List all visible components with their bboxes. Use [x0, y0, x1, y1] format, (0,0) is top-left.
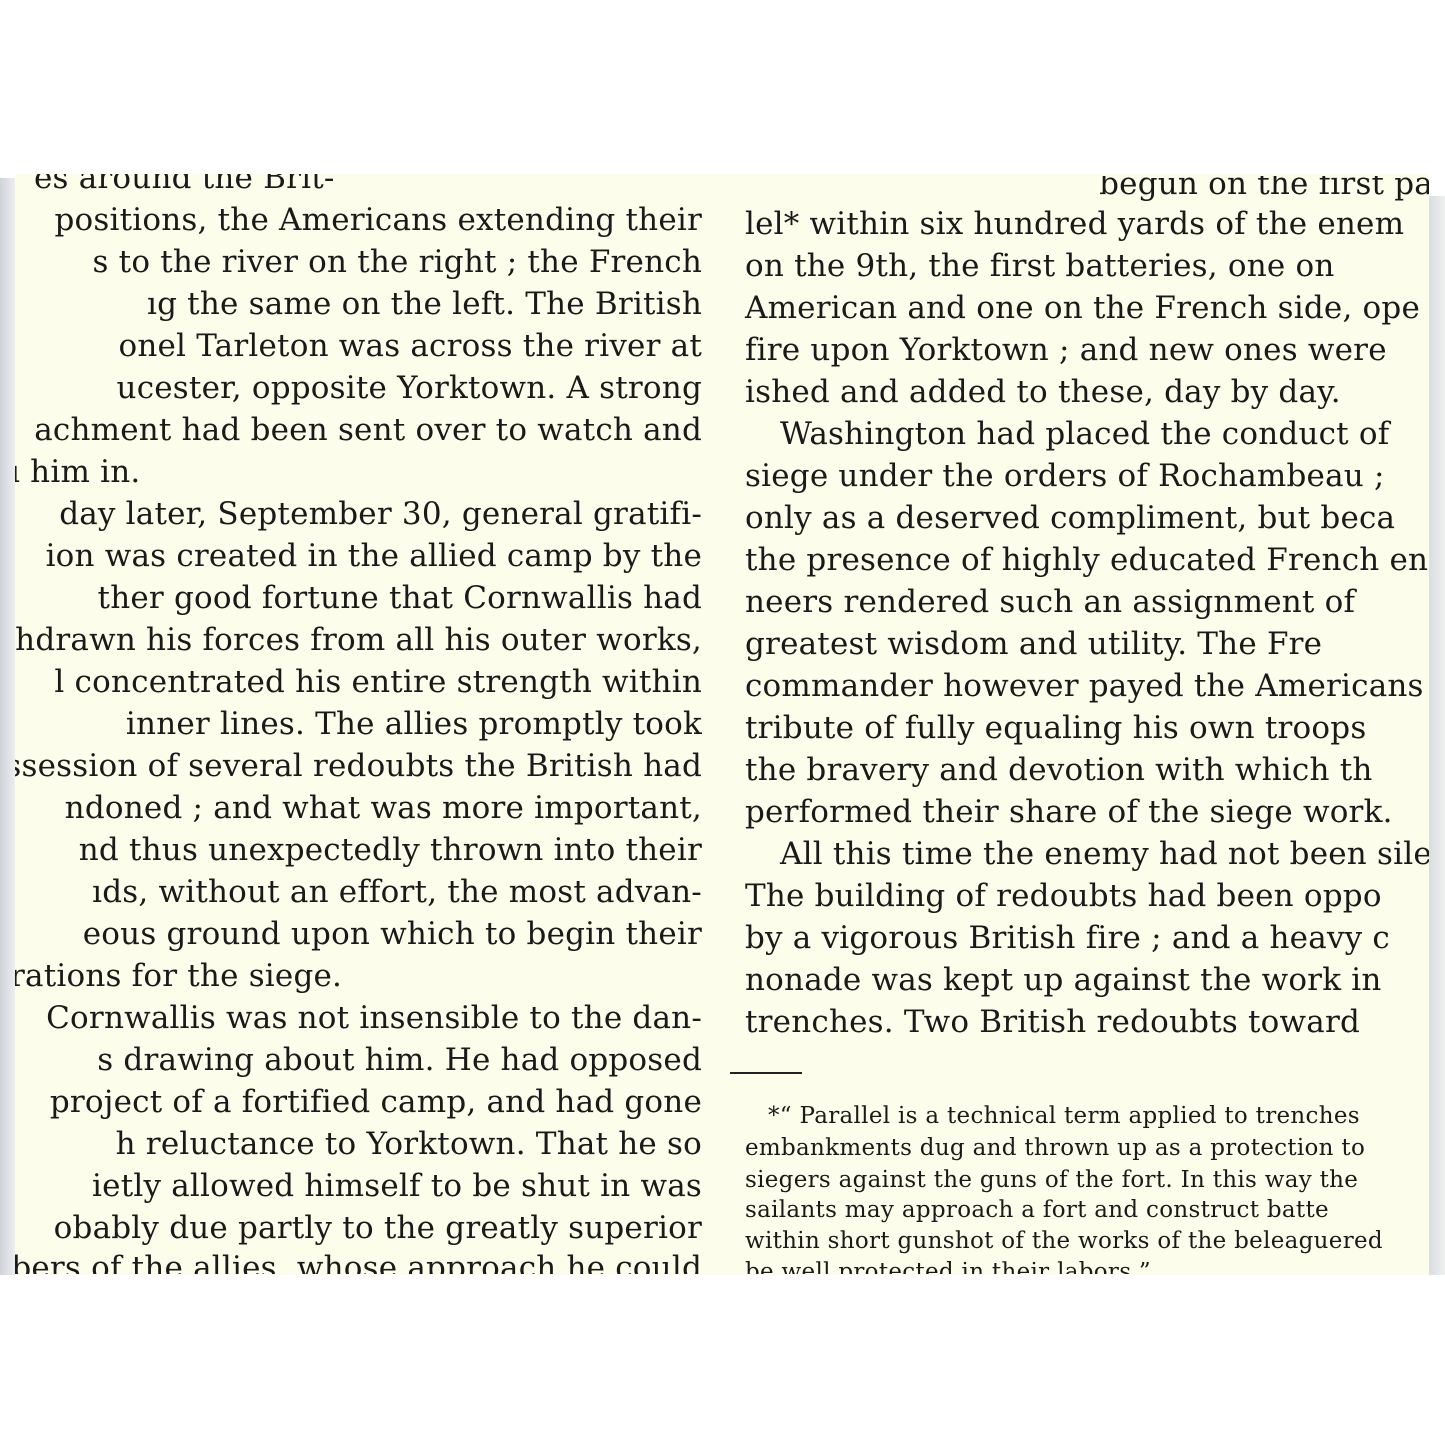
text-line: siege under the orders of Rochambeau ; — [745, 458, 1385, 494]
text-line: begun on the first pa — [1099, 174, 1429, 202]
text-line: ished and added to these, day by day. — [745, 374, 1341, 410]
text-line: the bravery and devotion with which th — [745, 752, 1373, 788]
text-line: only as a deserved compliment, but beca — [745, 500, 1395, 536]
text-line: greatest wisdom and utility. The Fre — [745, 626, 1322, 662]
text-line: ıg the same on the left. The British — [147, 286, 702, 322]
text-line: ucester, opposite Yorktown. A strong — [117, 370, 702, 406]
text-line: ıds, without an effort, the most advan- — [92, 874, 702, 910]
text-line: Washington had placed the conduct of — [780, 416, 1389, 452]
text-line: ı him in. — [15, 454, 140, 490]
text-line: mbers of the allies, whose approach he c… — [15, 1250, 702, 1275]
text-line: ssession of several redoubts the British… — [15, 748, 702, 784]
footnote-line: be well protected in their labors.” — [745, 1258, 1151, 1275]
text-line: onel Tarleton was across the river at — [118, 328, 702, 364]
scanned-page: es around the Brit- positions, the Ameri… — [15, 174, 1429, 1275]
page-edge-shadow-right — [1428, 196, 1445, 1275]
text-line: on the 9th, the first batteries, one on — [745, 248, 1335, 284]
text-line: trenches. Two British redoubts toward — [745, 1004, 1360, 1040]
text-line: inner lines. The allies promptly took — [126, 706, 702, 742]
text-line: l concentrated his entire strength withi… — [54, 664, 702, 700]
left-text-column: es around the Brit- positions, the Ameri… — [15, 174, 719, 1275]
text-line: nd thus unexpectedly thrown into their — [79, 832, 702, 868]
text-line: All this time the enemy had not been sil… — [780, 836, 1429, 872]
text-line: performed their share of the siege work. — [745, 794, 1393, 830]
text-line: hdrawn his forces from all his outer wor… — [15, 622, 702, 658]
page-edge-shadow-left — [0, 178, 16, 1275]
text-line: American and one on the French side, ope — [745, 290, 1420, 326]
footnote-line: within short gunshot of the works of the… — [745, 1227, 1383, 1255]
footnote-line: *“ Parallel is a technical term applied … — [768, 1102, 1360, 1130]
text-line: project of a fortified camp, and had gon… — [50, 1084, 702, 1120]
text-line: positions, the Americans extending their — [54, 202, 702, 238]
footnote-separator-rule — [730, 1072, 802, 1074]
text-line: eous ground upon which to begin their — [83, 916, 702, 952]
text-line: es around the Brit- — [34, 174, 335, 196]
footnote-line: siegers against the guns of the fort. In… — [745, 1166, 1358, 1194]
text-line: The building of redoubts had been oppo — [745, 878, 1382, 914]
right-text-column: begun on the first pa lel* within six hu… — [730, 174, 1429, 1275]
text-line: by a vigorous British fire ; and a heavy… — [745, 920, 1390, 956]
text-line: nonade was kept up against the work in — [745, 962, 1382, 998]
text-line: ion was created in the allied camp by th… — [46, 538, 702, 574]
text-line: neers rendered such an assignment of — [745, 584, 1355, 620]
text-line: h reluctance to Yorktown. That he so — [116, 1126, 702, 1162]
text-line: day later, September 30, general gratifi… — [59, 496, 702, 532]
text-line: rations for the siege. — [15, 958, 342, 994]
footnote-line: embankments dug and thrown up as a prote… — [745, 1134, 1365, 1162]
text-line: obably due partly to the greatly superio… — [54, 1210, 702, 1246]
text-line: ther good fortune that Cornwallis had — [98, 580, 702, 616]
text-line: s drawing about him. He had opposed — [97, 1042, 702, 1078]
text-line: ndoned ; and what was more important, — [65, 790, 702, 826]
text-line: lel* within six hundred yards of the ene… — [745, 206, 1404, 242]
text-line: fire upon Yorktown ; and new ones were — [745, 332, 1387, 368]
text-line: achment had been sent over to watch and — [34, 412, 702, 448]
text-line: tribute of fully equaling his own troops — [745, 710, 1366, 746]
text-line: ietly allowed himself to be shut in was — [92, 1168, 702, 1204]
footnote-line: sailants may approach a fort and constru… — [745, 1196, 1329, 1224]
text-line: the presence of highly educated French e… — [745, 542, 1428, 578]
text-line: Cornwallis was not insensible to the dan… — [46, 1000, 702, 1036]
text-line: s to the river on the right ; the French — [93, 244, 702, 280]
text-line: commander however payed the Americans — [745, 668, 1424, 704]
